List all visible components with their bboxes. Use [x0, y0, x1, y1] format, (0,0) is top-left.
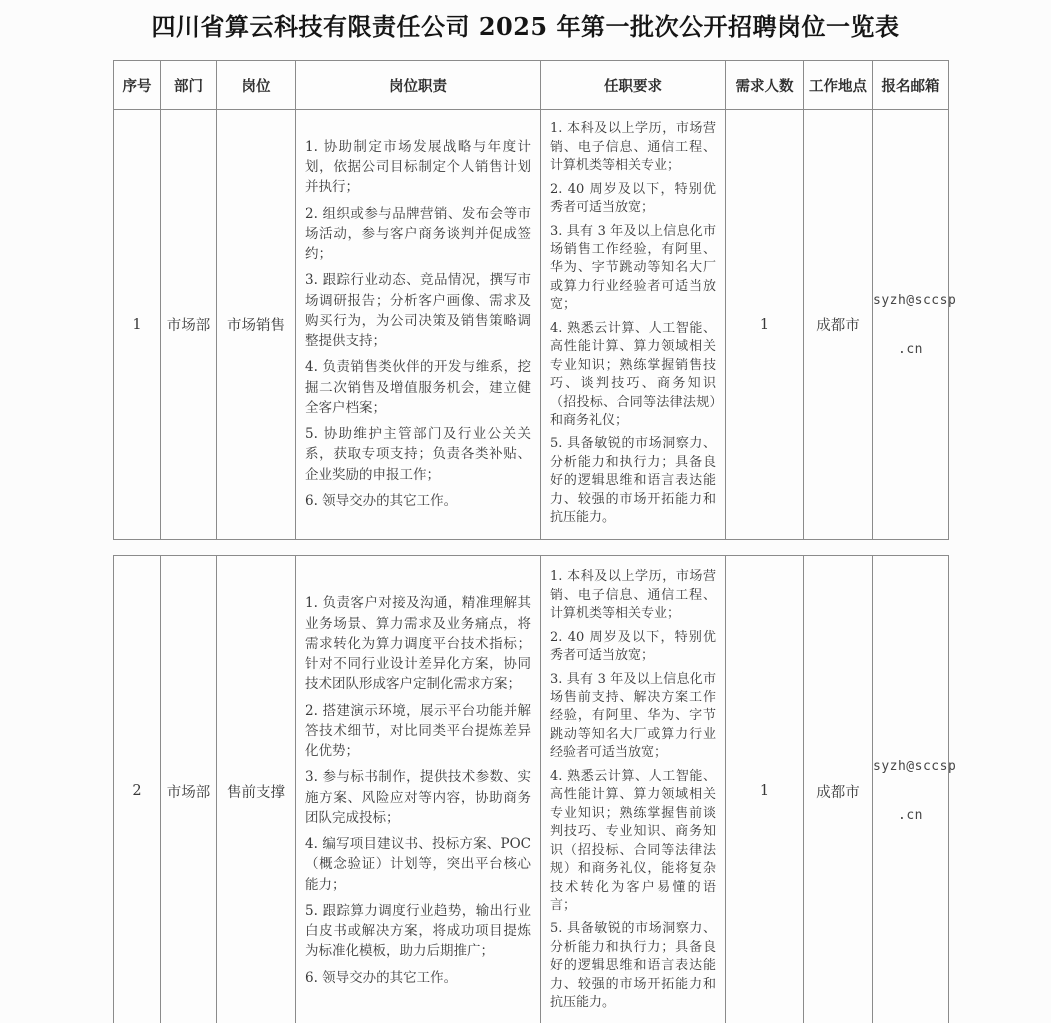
cell-requirements: 1. 本科及以上学历，市场营销、电子信息、通信工程、计算机类等相关专业； 2. … — [541, 556, 726, 1023]
table-row: 1 市场部 市场销售 1. 协助制定市场发展战略与年度计划，依据公司目标制定个人… — [114, 110, 949, 540]
cell-department: 市场部 — [161, 556, 217, 1023]
requirement-item: 3. 具有 3 年及以上信息化市场售前支持、解决方案工作经验，有阿里、华为、字节… — [550, 671, 716, 763]
cell-seq: 2 — [114, 556, 161, 1023]
duty-item: 2. 搭建演示环境，展示平台功能并解答技术细节，对比同类平台提炼差异化优势； — [305, 701, 531, 762]
cell-seq: 1 — [114, 110, 161, 540]
duty-item: 2. 组织或参与品牌营销、发布会等市场活动，参与客户商务谈判并促成签约； — [305, 204, 531, 265]
duty-item: 4. 编写项目建议书、投标方案、POC（概念验证）计划等，突出平台核心能力； — [305, 834, 531, 895]
duty-item: 4. 负责销售类伙伴的开发与维系，挖掘二次销售及增值服务机会，建立健全客户档案； — [305, 357, 531, 418]
duty-item: 6. 领导交办的其它工作。 — [305, 968, 531, 988]
header-requirements: 任职要求 — [541, 61, 726, 110]
duty-item: 1. 协助制定市场发展战略与年度计划，依据公司目标制定个人销售计划并执行； — [305, 137, 531, 198]
header-position: 岗位 — [217, 61, 296, 110]
requirement-item: 1. 本科及以上学历，市场营销、电子信息、通信工程、计算机类等相关专业； — [550, 568, 716, 623]
cell-department: 市场部 — [161, 110, 217, 540]
cell-email: syzh@sccsp .cn — [873, 556, 949, 1023]
duty-item: 6. 领导交办的其它工作。 — [305, 491, 531, 511]
email-address-line: .cn — [873, 342, 948, 357]
table-section-2: 2 市场部 售前支撑 1. 负责客户对接及沟通，精准理解其业务场景、算力需求及业… — [113, 555, 949, 1023]
email-address-line: syzh@sccsp — [873, 759, 948, 774]
cell-email: syzh@sccsp .cn — [873, 110, 949, 540]
cell-position: 售前支撑 — [217, 556, 296, 1023]
requirement-item: 1. 本科及以上学历，市场营销、电子信息、通信工程、计算机类等相关专业； — [550, 120, 716, 175]
duty-item: 5. 协助维护主管部门及行业公关关系，获取专项支持；负责各类补贴、企业奖励的申报… — [305, 424, 531, 485]
requirement-item: 3. 具有 3 年及以上信息化市场销售工作经验，有阿里、华为、字节跳动等知名大厂… — [550, 223, 716, 315]
email-address-line: .cn — [873, 808, 948, 823]
requirement-item: 2. 40 周岁及以下，特别优秀者可适当放宽； — [550, 629, 716, 666]
header-seq: 序号 — [114, 61, 161, 110]
duty-item: 1. 负责客户对接及沟通，精准理解其业务场景、算力需求及业务痛点，将需求转化为算… — [305, 593, 531, 694]
header-row: 序号 部门 岗位 岗位职责 任职要求 需求人数 工作地点 报名邮箱 — [114, 61, 949, 110]
header-duties: 岗位职责 — [296, 61, 541, 110]
duty-item: 5. 跟踪算力调度行业趋势，输出行业白皮书或解决方案，将成功项目提炼为标准化模板… — [305, 901, 531, 962]
cell-requirements: 1. 本科及以上学历，市场营销、电子信息、通信工程、计算机类等相关专业； 2. … — [541, 110, 726, 540]
table-section-1: 序号 部门 岗位 岗位职责 任职要求 需求人数 工作地点 报名邮箱 1 市场部 … — [113, 60, 949, 540]
cell-location: 成都市 — [804, 110, 873, 540]
document-title: 四川省算云科技有限责任公司 2025 年第一批次公开招聘岗位一览表 — [103, 7, 948, 42]
requirement-item: 2. 40 周岁及以下，特别优秀者可适当放宽； — [550, 181, 716, 218]
cell-duties: 1. 负责客户对接及沟通，精准理解其业务场景、算力需求及业务痛点，将需求转化为算… — [296, 556, 541, 1023]
cell-duties: 1. 协助制定市场发展战略与年度计划，依据公司目标制定个人销售计划并执行； 2.… — [296, 110, 541, 540]
header-headcount: 需求人数 — [726, 61, 804, 110]
table-row: 2 市场部 售前支撑 1. 负责客户对接及沟通，精准理解其业务场景、算力需求及业… — [114, 556, 949, 1023]
duty-item: 3. 参与标书制作，提供技术参数、实施方案、风险应对等内容，协助商务团队完成投标… — [305, 767, 531, 828]
cell-headcount: 1 — [726, 556, 804, 1023]
cell-location: 成都市 — [804, 556, 873, 1023]
requirement-item: 4. 熟悉云计算、人工智能、高性能计算、算力领域相关专业知识；熟练掌握销售技巧、… — [550, 320, 716, 431]
requirement-item: 4. 熟悉云计算、人工智能、高性能计算、算力领域相关专业知识；熟练掌握售前谈判技… — [550, 768, 716, 916]
header-email: 报名邮箱 — [873, 61, 949, 110]
recruitment-table: 序号 部门 岗位 岗位职责 任职要求 需求人数 工作地点 报名邮箱 1 市场部 … — [113, 60, 948, 1023]
requirement-item: 5. 具备敏锐的市场洞察力、分析能力和执行力；具备良好的逻辑思维和语言表达能力、… — [550, 435, 716, 527]
email-address-line: syzh@sccsp — [873, 293, 948, 308]
header-location: 工作地点 — [804, 61, 873, 110]
cell-headcount: 1 — [726, 110, 804, 540]
header-department: 部门 — [161, 61, 217, 110]
cell-position: 市场销售 — [217, 110, 296, 540]
duty-item: 3. 跟踪行业动态、竞品情况，撰写市场调研报告；分析客户画像、需求及购买行为，为… — [305, 270, 531, 351]
requirement-item: 5. 具备敏锐的市场洞察力、分析能力和执行力；具备良好的逻辑思维和语言表达能力、… — [550, 920, 716, 1012]
